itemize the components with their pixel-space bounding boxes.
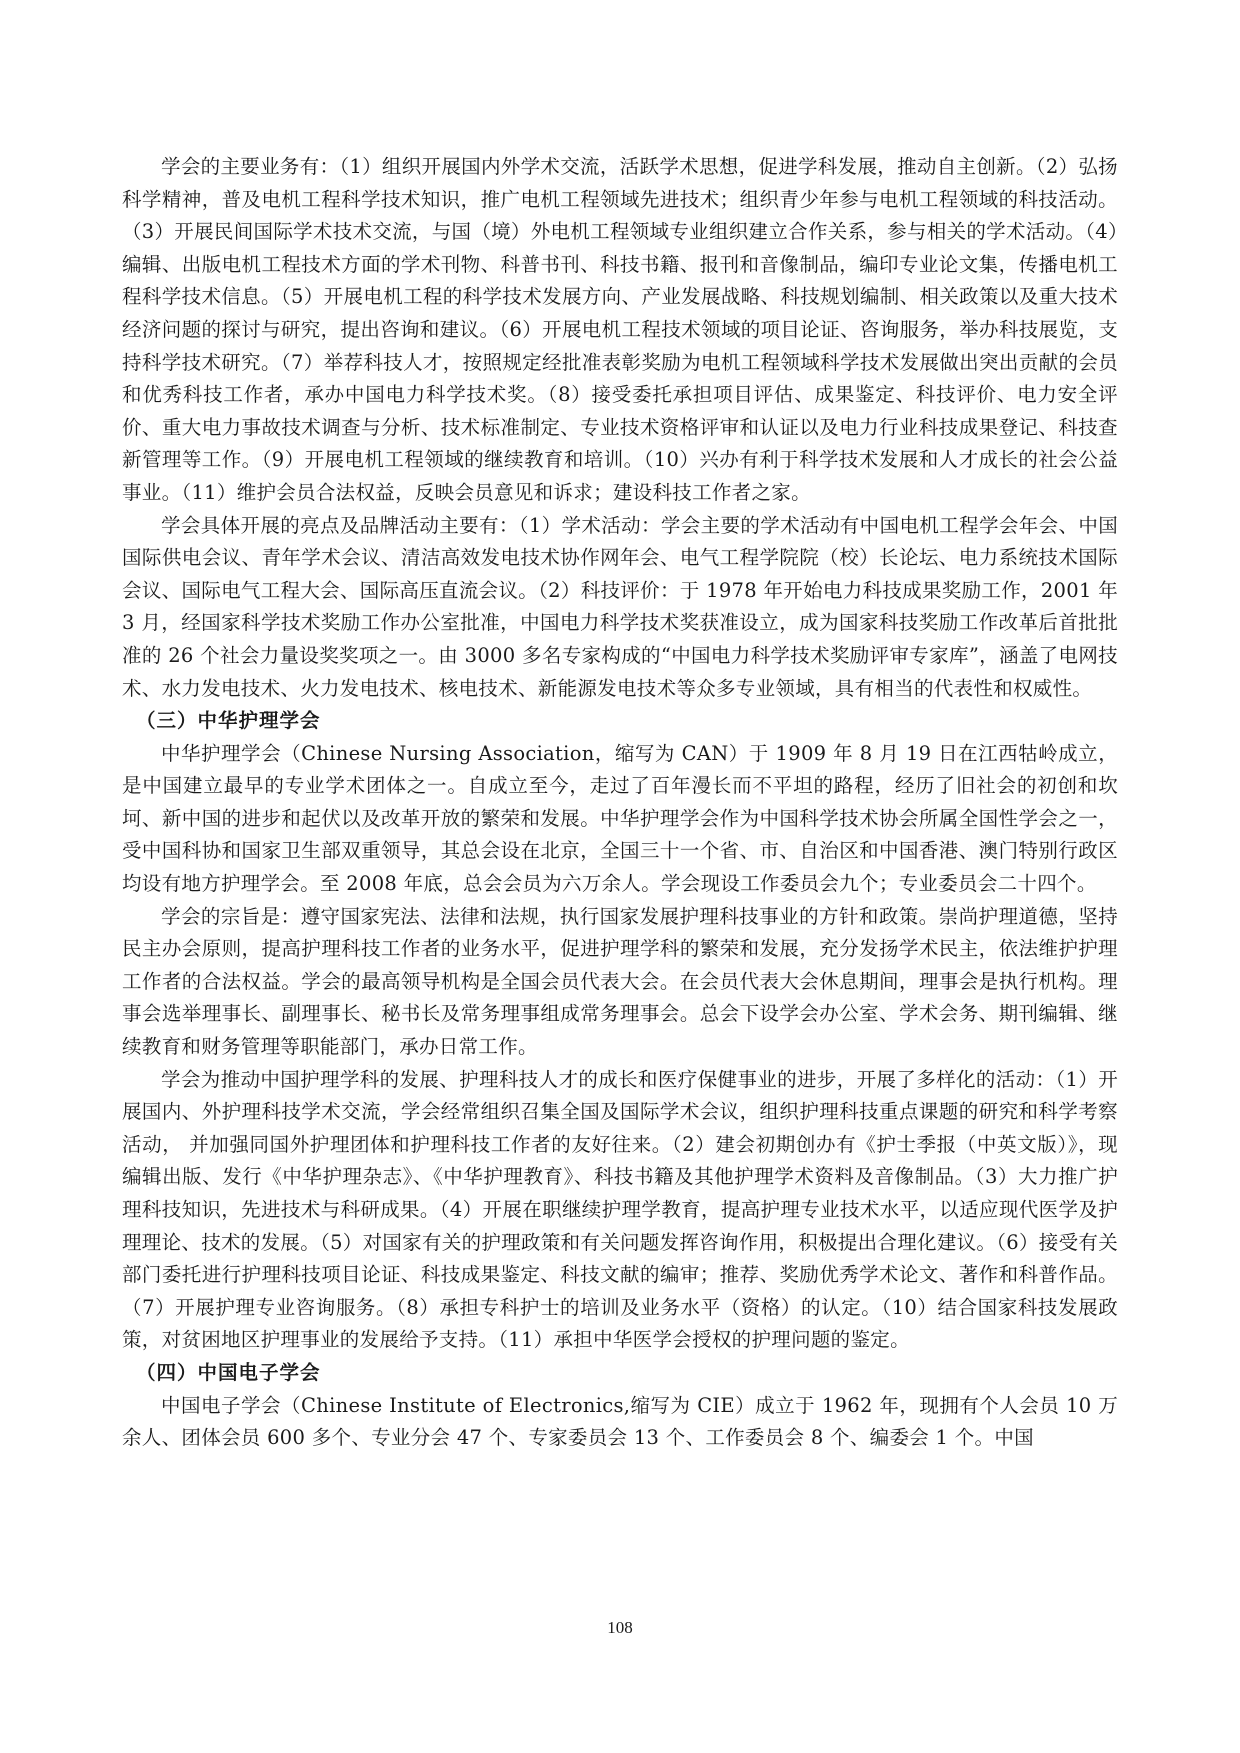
page-number: 108 — [0, 1618, 1240, 1638]
paragraph-csee-highlight-activities: 学会具体开展的亮点及品牌活动主要有：（1）学术活动：学会主要的学术活动有中国电机… — [122, 510, 1118, 706]
section-heading-chinese-institute-of-electronics: （四）中国电子学会 — [122, 1357, 1118, 1390]
paragraph-cna-purpose: 学会的宗旨是：遵守国家宪法、法律和法规，执行国家发展护理科技事业的方针和政策。崇… — [122, 901, 1118, 1064]
document-body: 学会的主要业务有：（1）组织开展国内外学术交流，活跃学术思想，促进学科发展，推动… — [122, 151, 1118, 1455]
paragraph-csee-main-business: 学会的主要业务有：（1）组织开展国内外学术交流，活跃学术思想，促进学科发展，推动… — [122, 151, 1118, 510]
paragraph-cie-introduction: 中国电子学会（Chinese Institute of Electronics,… — [122, 1390, 1118, 1455]
paragraph-cna-introduction: 中华护理学会（Chinese Nursing Association，缩写为 C… — [122, 738, 1118, 901]
paragraph-cna-activities: 学会为推动中国护理学科的发展、护理科技人才的成长和医疗保健事业的进步，开展了多样… — [122, 1064, 1118, 1357]
section-heading-chinese-nursing-association: （三）中华护理学会 — [122, 705, 1118, 738]
